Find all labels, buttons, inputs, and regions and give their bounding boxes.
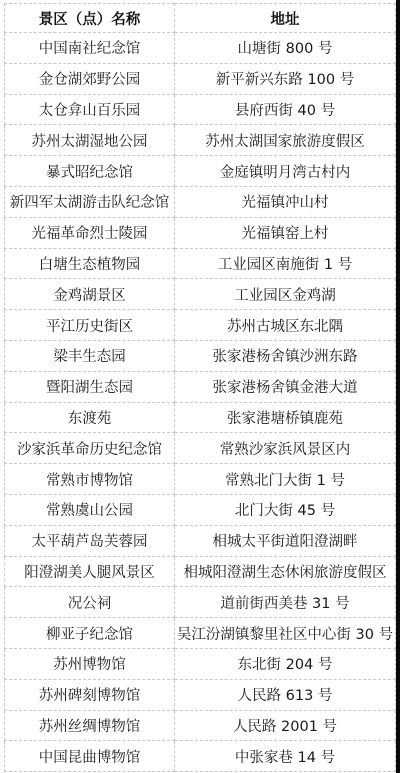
cell-spot-name: 况公祠	[5, 587, 175, 618]
cell-address: 光福镇窑上村	[175, 217, 396, 248]
cell-address: 县府西街 40 号	[175, 94, 396, 125]
cell-spot-name: 苏州碑刻博物馆	[5, 679, 175, 710]
table-row: 暨阳湖生态园张家港杨舍镇金港大道	[5, 371, 396, 402]
table-header-row: 景区（点）名称 地址	[5, 4, 396, 33]
cell-spot-name: 金仓湖郊野公园	[5, 63, 175, 94]
cell-spot-name: 中国南社纪念馆	[5, 33, 175, 64]
table-row: 白塘生态植物园工业园区南施街 1 号	[5, 248, 396, 279]
table-row: 沙家浜革命历史纪念馆常熟沙家浜风景区内	[5, 433, 396, 464]
table-row: 东渡苑张家港塘桥镇鹿苑	[5, 402, 396, 433]
header-name: 景区（点）名称	[5, 4, 175, 33]
table-row: 苏州博物馆东北街 204 号	[5, 648, 396, 679]
table-row: 苏州丝绸博物馆人民路 2001 号	[5, 710, 396, 741]
cell-spot-name: 梁丰生态园	[5, 340, 175, 371]
cell-address: 工业园区南施街 1 号	[175, 248, 396, 279]
table-row: 苏州碑刻博物馆人民路 613 号	[5, 679, 396, 710]
cell-address: 中张家巷 14 号	[175, 741, 396, 772]
table-row: 苏州太湖湿地公园苏州太湖国家旅游度假区	[5, 125, 396, 156]
scenic-spots-table: 景区（点）名称 地址 中国南社纪念馆山塘街 800 号金仓湖郊野公园新平新兴东路…	[4, 3, 396, 772]
cell-address: 山塘街 800 号	[175, 33, 396, 64]
cell-address: 吴江汾湖镇黎里社区中心街 30 号	[175, 618, 396, 649]
cell-address: 金庭镇明月湾古村内	[175, 156, 396, 187]
cell-spot-name: 暨阳湖生态园	[5, 371, 175, 402]
right-edge-bar	[396, 0, 400, 773]
cell-spot-name: 新四军太湖游击队纪念馆	[5, 186, 175, 217]
cell-spot-name: 柳亚子纪念馆	[5, 618, 175, 649]
cell-spot-name: 苏州太湖湿地公园	[5, 125, 175, 156]
cell-address: 苏州古城区东北隅	[175, 310, 396, 341]
cell-address: 新平新兴东路 100 号	[175, 63, 396, 94]
cell-address: 北门大街 45 号	[175, 494, 396, 525]
cell-spot-name: 光福革命烈士陵园	[5, 217, 175, 248]
cell-address: 工业园区金鸡湖	[175, 279, 396, 310]
cell-spot-name: 阳澄湖美人腿风景区	[5, 556, 175, 587]
cell-spot-name: 苏州丝绸博物馆	[5, 710, 175, 741]
cell-address: 张家港杨舍镇沙洲东路	[175, 340, 396, 371]
cell-spot-name: 暴式昭纪念馆	[5, 156, 175, 187]
table-row: 柳亚子纪念馆吴江汾湖镇黎里社区中心街 30 号	[5, 618, 396, 649]
cell-spot-name: 金鸡湖景区	[5, 279, 175, 310]
table-body: 中国南社纪念馆山塘街 800 号金仓湖郊野公园新平新兴东路 100 号太仓弇山百…	[5, 33, 396, 772]
scenic-spots-table-container: 景区（点）名称 地址 中国南社纪念馆山塘街 800 号金仓湖郊野公园新平新兴东路…	[4, 3, 395, 772]
cell-address: 张家港杨舍镇金港大道	[175, 371, 396, 402]
cell-address: 苏州太湖国家旅游度假区	[175, 125, 396, 156]
cell-spot-name: 东渡苑	[5, 402, 175, 433]
table-row: 金仓湖郊野公园新平新兴东路 100 号	[5, 63, 396, 94]
table-row: 况公祠道前街西美巷 31 号	[5, 587, 396, 618]
cell-address: 张家港塘桥镇鹿苑	[175, 402, 396, 433]
table-row: 新四军太湖游击队纪念馆光福镇冲山村	[5, 186, 396, 217]
table-row: 太平葫芦岛芙蓉园相城太平街道阳澄湖畔	[5, 525, 396, 556]
cell-spot-name: 太仓弇山百乐园	[5, 94, 175, 125]
cell-address: 东北街 204 号	[175, 648, 396, 679]
cell-address: 相城太平街道阳澄湖畔	[175, 525, 396, 556]
table-row: 梁丰生态园张家港杨舍镇沙洲东路	[5, 340, 396, 371]
cell-address: 人民路 613 号	[175, 679, 396, 710]
table-row: 平江历史街区苏州古城区东北隅	[5, 310, 396, 341]
table-row: 金鸡湖景区工业园区金鸡湖	[5, 279, 396, 310]
cell-address: 常熟沙家浜风景区内	[175, 433, 396, 464]
header-address: 地址	[175, 4, 396, 33]
cell-spot-name: 常熟虞山公园	[5, 494, 175, 525]
cell-address: 光福镇冲山村	[175, 186, 396, 217]
table-row: 中国南社纪念馆山塘街 800 号	[5, 33, 396, 64]
cell-address: 相城阳澄湖生态休闲旅游度假区	[175, 556, 396, 587]
cell-spot-name: 常熟市博物馆	[5, 464, 175, 495]
cell-address: 人民路 2001 号	[175, 710, 396, 741]
cell-spot-name: 白塘生态植物园	[5, 248, 175, 279]
cell-spot-name: 苏州博物馆	[5, 648, 175, 679]
table-row: 暴式昭纪念馆金庭镇明月湾古村内	[5, 156, 396, 187]
cell-spot-name: 沙家浜革命历史纪念馆	[5, 433, 175, 464]
cell-spot-name: 中国昆曲博物馆	[5, 741, 175, 772]
cell-address: 常熟北门大街 1 号	[175, 464, 396, 495]
cell-spot-name: 太平葫芦岛芙蓉园	[5, 525, 175, 556]
table-row: 光福革命烈士陵园光福镇窑上村	[5, 217, 396, 248]
cell-address: 道前街西美巷 31 号	[175, 587, 396, 618]
table-row: 常熟虞山公园北门大街 45 号	[5, 494, 396, 525]
table-row: 常熟市博物馆常熟北门大街 1 号	[5, 464, 396, 495]
cell-spot-name: 平江历史街区	[5, 310, 175, 341]
table-row: 太仓弇山百乐园县府西街 40 号	[5, 94, 396, 125]
table-row: 阳澄湖美人腿风景区相城阳澄湖生态休闲旅游度假区	[5, 556, 396, 587]
table-row: 中国昆曲博物馆中张家巷 14 号	[5, 741, 396, 772]
